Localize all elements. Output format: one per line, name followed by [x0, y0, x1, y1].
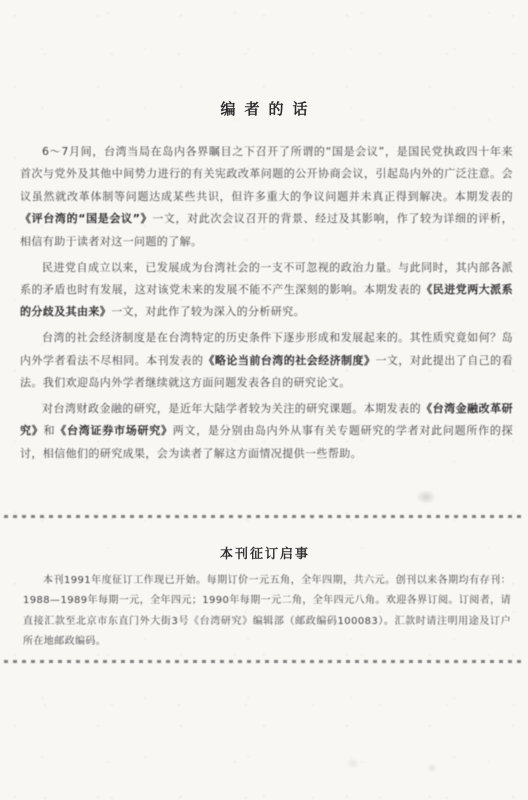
- editor-note-paragraph-4: 对台湾财政金融的研究，是近年大陆学者较为关注的研究课题。本期发表的《台湾金融改革…: [20, 398, 513, 465]
- editor-note-paragraph-2: 民进党自成立以来，已发展成为台湾社会的一支不可忽视的政治力量。与此同时，其内部各…: [20, 257, 513, 324]
- dashed-divider-bottom: [4, 660, 524, 663]
- editor-note-paragraph-3: 台湾的社会经济制度是在台湾特定的历史条件下逐步形成和发展起来的。其性质究竟如何？…: [20, 327, 513, 394]
- text-run: 一文，对此作了较为深入的分析研究。: [111, 305, 305, 318]
- subscription-paragraph: 本刊1991年度征订工作现已开始。每期订价一元五角，全年四期，共六元。创刊以来各…: [23, 571, 511, 653]
- editor-note-title: 编者的话: [0, 98, 528, 119]
- editor-note-body: 6～7月间，台湾当局在岛内各界瞩目之下召开了所谓的“国是会议”，是国民党执政四十…: [20, 141, 513, 469]
- text-run: 本刊1991年度征订工作现已开始。每期订价一元五角，全年四期，共六元。创刊以来各…: [23, 575, 511, 647]
- ink-smudge: [346, 758, 360, 769]
- editor-note-paragraph-1: 6～7月间，台湾当局在岛内各界瞩目之下召开了所谓的“国是会议”，是国民党执政四十…: [20, 141, 513, 253]
- ink-smudge: [416, 490, 436, 504]
- text-run: 6～7月间，台湾当局在岛内各界瞩目之下召开了所谓的“国是会议”，是国民党执政四十…: [20, 145, 513, 203]
- scanned-document-page: 编者的话 6～7月间，台湾当局在岛内各界瞩目之下召开了所谓的“国是会议”，是国民…: [0, 0, 528, 800]
- dashed-divider-top: [4, 515, 524, 518]
- subscription-notice-body: 本刊1991年度征订工作现已开始。每期订价一元五角，全年四期，共六元。创刊以来各…: [23, 571, 511, 653]
- article-title-reference: 《略论当前台湾的社会经济制度》: [203, 354, 375, 367]
- subscription-notice-title: 本刊征订启事: [0, 543, 528, 562]
- article-title-reference: 《台湾证券市场研究》: [55, 424, 172, 437]
- article-title-reference: 《评台湾的“国是会议”》: [20, 212, 152, 225]
- ink-smudge: [427, 763, 437, 773]
- text-run: 对台湾财政金融的研究，是近年大陆学者较为关注的研究课题。本期发表的: [42, 402, 421, 415]
- text-run: 和: [44, 424, 56, 437]
